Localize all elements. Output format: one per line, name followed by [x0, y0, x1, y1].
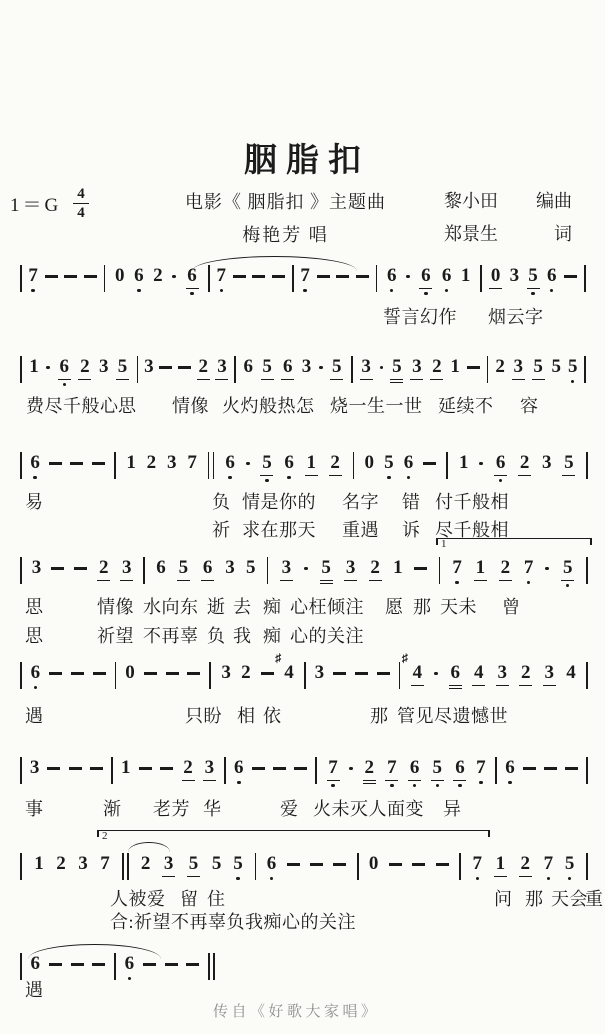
beam-underline	[430, 379, 443, 381]
note-digit: 2	[241, 662, 251, 683]
low-octave-dot	[531, 292, 535, 296]
note-digit: 0	[115, 265, 125, 286]
note-digit: 3	[361, 356, 371, 377]
note-digit: 6	[505, 757, 515, 778]
note-digit: 5	[262, 356, 272, 377]
duration-dash	[144, 672, 157, 675]
note-digit: 3	[346, 557, 356, 578]
lyric-segment: 容	[520, 392, 539, 418]
beam-underline	[390, 382, 403, 384]
beam-underline	[360, 379, 373, 381]
duration-dash	[423, 462, 436, 465]
note-digit: 7	[28, 265, 38, 286]
note-digit: 3	[412, 356, 422, 377]
note-digit: 4	[566, 662, 576, 683]
note-digit: 3	[302, 356, 312, 377]
note: 3	[221, 662, 231, 683]
note: 6	[156, 557, 166, 578]
low-octave-dot	[390, 784, 394, 788]
low-octave-dot	[479, 781, 483, 785]
note-digit: 3	[225, 557, 235, 578]
lyric-segment: 烟云字	[488, 303, 544, 329]
note-digit: 5	[565, 853, 575, 874]
note: 1	[29, 356, 39, 377]
note: 2	[519, 662, 532, 686]
note: 2	[182, 757, 195, 781]
barline-group	[584, 356, 586, 383]
duration-dash	[71, 963, 84, 966]
note-digit: 3	[144, 356, 154, 377]
note: 7	[327, 757, 340, 787]
note-digit: 6	[547, 265, 557, 286]
duration-dash	[261, 672, 274, 675]
lyric-segment: 心枉倾注	[290, 593, 364, 619]
lyric-segment: 情像	[172, 392, 209, 418]
note: 3	[315, 662, 325, 683]
note-digit: 6	[134, 265, 144, 286]
lyric-segment: 祈望	[97, 622, 134, 648]
low-octave-dot	[387, 476, 391, 480]
note-digit: 5	[564, 452, 574, 473]
beam-underline	[472, 685, 485, 687]
note-digit: 3	[315, 662, 325, 683]
beam-underline	[449, 685, 462, 687]
note-digit: 3	[30, 757, 40, 778]
duration-dash	[233, 275, 246, 278]
note: 6	[284, 452, 294, 479]
measure: 1237	[22, 853, 123, 874]
note: 5	[330, 356, 343, 380]
note: ♯4	[284, 662, 294, 683]
time-signature-bottom: 4	[77, 204, 85, 221]
low-octave-dot	[190, 292, 194, 296]
lyricist-name: 郑景生	[444, 220, 498, 246]
note-digit: 2	[520, 853, 530, 874]
note-digit: 1	[450, 356, 460, 377]
note-digit: 6	[404, 452, 414, 473]
volta-number: 2	[102, 830, 108, 842]
note-digit: 2	[183, 757, 193, 778]
note-digit: 2	[370, 557, 380, 578]
song-title: 胭脂扣	[0, 134, 605, 181]
singer-line: 梅艳芳 唱	[148, 221, 423, 247]
note-digit: 3	[221, 662, 231, 683]
sharp-icon: ♯	[402, 653, 408, 663]
barline	[208, 953, 210, 980]
measure: 35321	[268, 557, 438, 584]
beam-underline	[431, 780, 444, 782]
beam-underline	[305, 475, 318, 477]
note: 4	[472, 662, 485, 686]
barline-group	[586, 557, 588, 584]
low-octave-dot	[550, 289, 554, 293]
beam-underline	[474, 580, 487, 582]
beam-underline	[419, 288, 432, 290]
beam-underline	[453, 780, 466, 782]
note: 1	[494, 853, 507, 877]
measure: 056	[354, 452, 446, 479]
lyric-segment: 逝	[207, 593, 226, 619]
duration-dash	[414, 567, 427, 570]
note: 5	[261, 356, 274, 380]
note-digit: 7	[187, 452, 197, 473]
beam-underline	[496, 685, 509, 687]
note-digit: 2	[99, 557, 109, 578]
note-digit: 2	[56, 853, 66, 874]
measure: 65635	[236, 356, 351, 380]
augmentation-dot	[434, 672, 438, 676]
duration-dash	[294, 767, 307, 770]
beam-underline	[369, 580, 382, 582]
barline	[584, 265, 586, 292]
duration-dash	[92, 963, 105, 966]
note: 1	[305, 452, 318, 476]
note-digit: 5	[332, 356, 342, 377]
low-octave-dot	[508, 781, 512, 785]
note: 2	[147, 452, 157, 473]
note: 3	[162, 853, 175, 877]
note-digit: 6	[455, 757, 465, 778]
note-digit: 2	[153, 265, 163, 286]
note: 2	[197, 356, 210, 380]
low-octave-dot	[287, 476, 291, 480]
note-digit: 2	[147, 452, 157, 473]
note-digit: 3	[205, 757, 215, 778]
lyric-segment: 重	[585, 885, 604, 911]
beam-underline	[327, 780, 340, 782]
measure: 35321	[353, 356, 487, 383]
note: 2	[241, 662, 251, 683]
note: 6	[134, 265, 144, 292]
note-digit: 3	[122, 557, 132, 578]
measure: 16235	[448, 452, 586, 482]
note-digit: 1	[459, 452, 469, 473]
augmentation-dot	[479, 462, 483, 466]
note: 0	[369, 853, 379, 874]
note: 6	[494, 452, 507, 482]
note: 5	[260, 452, 273, 482]
duration-dash	[143, 963, 156, 966]
note: 6	[442, 265, 452, 292]
lyric-segment: 情是你的	[242, 488, 316, 514]
low-octave-dot	[390, 289, 394, 293]
lyric-segment: 那	[370, 702, 389, 728]
note: 5	[187, 853, 200, 877]
score-line: 3123672765676	[20, 757, 588, 787]
beam-underline	[177, 580, 190, 582]
note: 3	[302, 356, 312, 377]
note: 3	[360, 356, 373, 380]
lyric-segment: 遇	[25, 976, 44, 1002]
note-digit: 6	[410, 757, 420, 778]
lyric-segment: 去	[233, 593, 252, 619]
note-digit: 5	[246, 557, 256, 578]
score-line: 6032♯43♯4643234	[20, 662, 588, 689]
note: 3	[225, 557, 235, 578]
lyricist-role: 词	[554, 220, 572, 246]
note: 6	[267, 853, 277, 880]
note: 6	[419, 265, 432, 295]
note-digit: 6	[450, 662, 460, 683]
note-digit: 1	[393, 557, 403, 578]
barline-group	[586, 452, 588, 479]
note-digit: 1	[34, 853, 44, 874]
note: 2	[78, 356, 91, 380]
beam-underline	[260, 475, 273, 477]
lyric-segment: 情像	[97, 593, 134, 619]
barline-group	[586, 853, 588, 880]
note-digit: 5	[321, 557, 331, 578]
note: 5	[212, 853, 222, 874]
note: 6	[31, 662, 41, 689]
note: ♯4	[411, 662, 424, 686]
note: 3	[543, 662, 556, 686]
low-octave-dot	[499, 479, 503, 483]
augmentation-dot	[380, 366, 384, 370]
beam-underline	[215, 379, 228, 381]
note-digit: 5	[262, 452, 272, 473]
low-octave-dot	[571, 380, 575, 384]
low-octave-dot	[220, 289, 224, 293]
duration-dash	[333, 863, 346, 866]
low-octave-dot	[137, 289, 141, 293]
measure: ♯4643234	[400, 662, 586, 689]
note-digit: 3	[498, 662, 508, 683]
note: 5	[431, 757, 444, 787]
note-digit: 3	[164, 853, 174, 874]
duration-dash	[84, 275, 97, 278]
lyric-segment: 遇	[25, 702, 44, 728]
sheet-music-page: 胭脂扣 1＝G 4 4 电影《 胭脂扣 》主题曲 梅艳芳 唱 黎小田 编曲 郑景…	[0, 0, 605, 1034]
note-digit: 2	[364, 757, 374, 778]
note-digit: 6	[60, 356, 70, 377]
beam-underline	[320, 583, 333, 585]
note-digit: 6	[387, 265, 397, 286]
beam-underline	[187, 876, 200, 878]
duration-dash	[389, 863, 402, 866]
tie-slur-arc	[28, 944, 161, 959]
note: 3	[167, 452, 177, 473]
beam-underline	[411, 685, 424, 687]
duration-dash	[74, 567, 87, 570]
barline	[213, 953, 215, 980]
note: 5	[233, 853, 243, 880]
augmentation-dot	[172, 275, 176, 279]
note: 3	[344, 557, 357, 581]
note-digit: 7	[473, 853, 483, 874]
note: 5	[552, 356, 562, 377]
note-digit: 2	[141, 853, 151, 874]
barline-group	[122, 853, 129, 880]
note: 5	[384, 452, 394, 479]
lyric-segment: 求在那天	[242, 516, 316, 542]
lyric-segment: 名字	[342, 488, 379, 514]
low-octave-dot	[424, 292, 428, 296]
note-digit: 3	[32, 557, 42, 578]
note-digit: 7	[328, 757, 338, 778]
duration-dash	[92, 462, 105, 465]
low-octave-dot	[63, 383, 67, 387]
note-digit: 6	[244, 356, 254, 377]
note-digit: 5	[212, 853, 222, 874]
beam-underline	[519, 876, 532, 878]
duration-dash	[90, 767, 103, 770]
duration-dash	[160, 767, 173, 770]
low-octave-dot	[458, 784, 462, 788]
note: 3	[120, 557, 133, 581]
note-digit: 6	[496, 452, 506, 473]
note-digit: 4	[284, 662, 294, 683]
key-signature: 1＝G 4 4	[10, 186, 89, 221]
duration-dash	[467, 366, 480, 369]
measure: 7276567	[317, 757, 496, 787]
note: 3	[410, 356, 423, 380]
lyric-segment: 我	[233, 622, 252, 648]
note-digit: 6	[31, 662, 41, 683]
lyric-segment: 水向东	[143, 593, 199, 619]
lyric-segment: 事	[25, 795, 44, 821]
duration-dash	[47, 767, 60, 770]
beam-underline	[499, 580, 512, 582]
note-digit: 6	[234, 757, 244, 778]
note: 1	[126, 452, 136, 473]
barline	[586, 452, 588, 479]
note-digit: 2	[432, 356, 442, 377]
measure: 6	[22, 662, 115, 689]
note: 5	[527, 265, 540, 295]
duration-dash	[166, 672, 179, 675]
beam-underline	[280, 580, 293, 582]
note-digit: 5	[533, 356, 543, 377]
note-digit: 6	[30, 452, 40, 473]
key-label: 1＝G	[10, 190, 61, 217]
note-digit: 0	[491, 265, 501, 286]
lyric-segment: 华	[203, 795, 222, 821]
note: 7	[476, 757, 486, 784]
note-digit: 7	[387, 757, 397, 778]
note: 1	[121, 757, 131, 778]
beam-underline	[344, 580, 357, 582]
note-digit: 6	[442, 265, 452, 286]
note-digit: 3	[545, 662, 555, 683]
beam-underline	[512, 379, 525, 381]
duration-dash	[565, 767, 578, 770]
beam-underline	[494, 876, 507, 878]
low-octave-dot	[445, 289, 449, 293]
note: 6	[234, 757, 244, 784]
note-digit: 5	[233, 853, 243, 874]
note: 2	[97, 557, 110, 581]
measure: 0	[116, 662, 209, 683]
barline	[208, 452, 210, 479]
low-octave-dot	[270, 877, 274, 881]
note-digit: 2	[520, 452, 530, 473]
beam-underline	[197, 379, 210, 381]
note: 0	[364, 452, 374, 473]
duration-dash	[70, 462, 83, 465]
note: 3	[280, 557, 293, 581]
note: 2	[430, 356, 443, 380]
note: 5	[568, 356, 578, 383]
note-digit: 3	[99, 356, 109, 377]
beam-underline	[561, 580, 574, 582]
volta-number: 1	[441, 538, 447, 550]
note-digit: 3	[282, 557, 292, 578]
note: 2	[495, 356, 505, 377]
beam-underline	[182, 780, 195, 782]
note: 3	[144, 356, 154, 377]
beam-underline	[116, 379, 129, 381]
note: 6	[547, 265, 557, 292]
subtitle-block: 电影《 胭脂扣 》主题曲 梅艳芳 唱	[148, 188, 423, 247]
note: 1	[461, 265, 471, 286]
note-digit: 2	[501, 557, 511, 578]
note-digit: 3	[510, 265, 520, 286]
duration-dash	[69, 767, 82, 770]
beam-underline	[518, 475, 531, 477]
measure: 6	[497, 757, 586, 784]
note-digit: 2	[80, 356, 90, 377]
measure: 23555	[129, 853, 255, 880]
beam-underline	[329, 475, 342, 477]
note: 6	[453, 757, 466, 787]
note: 7	[28, 265, 38, 292]
note: 6	[30, 452, 40, 479]
note-digit: 2	[330, 452, 340, 473]
barline	[584, 356, 586, 383]
lyric-segment: 那	[413, 593, 432, 619]
measure: 23555	[488, 356, 584, 383]
lyric-segment: 天会	[551, 885, 588, 911]
lyric-segment: 只盼	[185, 702, 222, 728]
note: 1	[474, 557, 487, 581]
low-octave-dot	[547, 877, 551, 881]
duration-dash	[436, 863, 449, 866]
note: 1	[34, 853, 44, 874]
low-octave-dot	[33, 476, 37, 480]
measure: 65612	[214, 452, 352, 482]
beam-underline	[203, 780, 216, 782]
lyric-segment: 诉	[402, 516, 421, 542]
note-digit: 0	[364, 452, 374, 473]
note: 5	[320, 557, 333, 584]
note-digit: 3	[78, 853, 88, 874]
measure: 6	[226, 757, 315, 784]
duration-dash	[544, 767, 557, 770]
beam-underline	[385, 780, 398, 782]
note: 7	[385, 757, 398, 787]
score-line: 612376561205616235	[20, 452, 588, 482]
beam-underline	[281, 379, 294, 381]
beam-underline	[58, 379, 71, 381]
note-digit: 5	[118, 356, 128, 377]
duration-dash	[93, 672, 106, 675]
measure: 71275	[461, 853, 587, 880]
low-octave-dot	[566, 584, 570, 588]
low-octave-dot	[31, 289, 35, 293]
note-digit: 5	[189, 853, 199, 874]
note-digit: 5	[528, 265, 538, 286]
composer-name: 黎小田	[444, 187, 498, 213]
note: 7	[473, 853, 483, 880]
note-digit: 2	[521, 662, 531, 683]
measure: 1237	[116, 452, 208, 473]
duration-dash	[71, 672, 84, 675]
note: 3	[32, 557, 42, 578]
note-digit: 6	[156, 557, 166, 578]
lyric-segment: 相	[237, 702, 256, 728]
low-octave-dot	[331, 784, 335, 788]
